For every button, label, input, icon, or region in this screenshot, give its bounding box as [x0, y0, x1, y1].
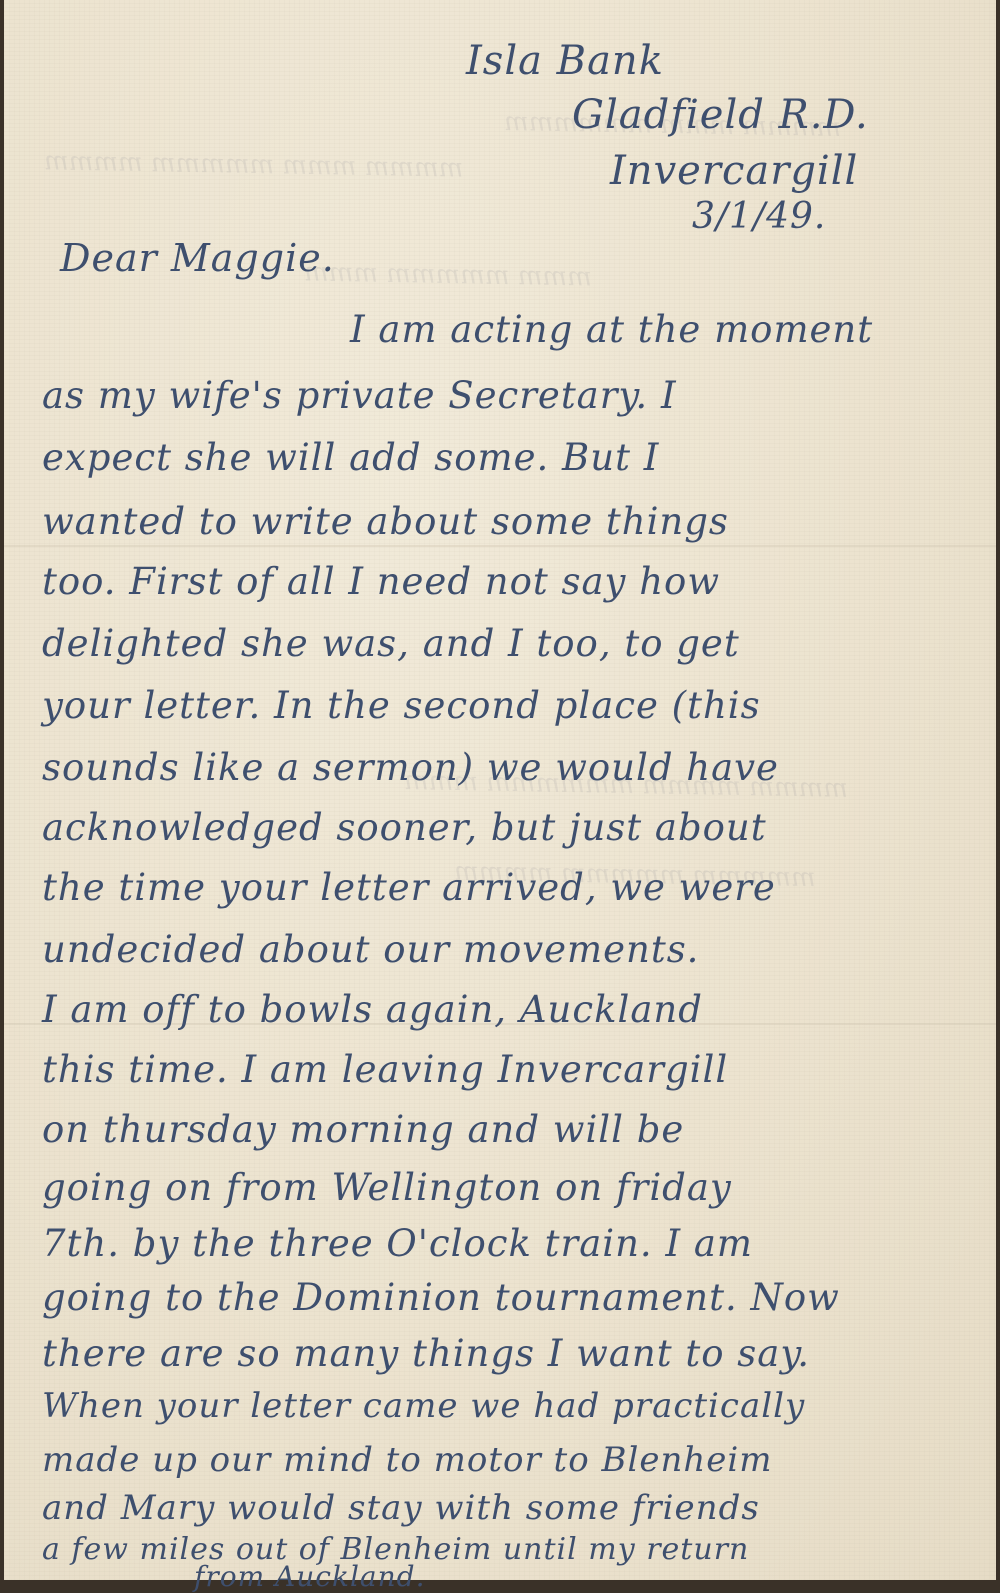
body-line: undecided about our movements. — [42, 928, 699, 971]
body-line: When your letter came we had practically — [42, 1386, 805, 1426]
body-line: from Auckland. — [194, 1560, 425, 1580]
body-line: going to the Dominion tournament. Now — [42, 1276, 840, 1319]
body-line: on thursday morning and will be — [42, 1108, 684, 1151]
body-line: and Mary would stay with some friends — [42, 1488, 760, 1528]
body-line: there are so many things I want to say. — [42, 1332, 810, 1375]
letter-page: mmmm mmm mmmmm mmmm mmm mmmmm mmm mmmm m… — [4, 0, 996, 1580]
body-line: your letter. In the second place (this — [42, 684, 761, 727]
body-line: made up our mind to motor to Blenheim — [42, 1440, 772, 1480]
body-line: going on from Wellington on friday — [42, 1166, 732, 1209]
address-line-3: Invercargill — [610, 148, 858, 194]
letter-date: 3/1/49. — [692, 196, 826, 237]
body-line: expect she will add some. But I — [42, 436, 659, 479]
paper-fold-line — [4, 545, 996, 547]
body-line: sounds like a sermon) we would have — [42, 746, 779, 789]
ink-bleed-through: mmmm mmm mmmmm mmmm — [44, 146, 464, 183]
body-line: I am acting at the moment — [350, 308, 873, 351]
body-line: this time. I am leaving Invercargill — [42, 1048, 728, 1091]
address-line-2: Gladfield R.D. — [572, 92, 869, 138]
body-line: delighted she was, and I too, to get — [42, 622, 740, 665]
salutation: Dear Maggie. — [60, 236, 335, 280]
body-line: the time your letter arrived, we were — [42, 866, 776, 909]
body-line: I am off to bowls again, Auckland — [42, 988, 703, 1031]
ink-bleed-through: mmm mmmmm mmm — [304, 257, 592, 292]
body-line: 7th. by the three O'clock train. I am — [42, 1222, 753, 1265]
body-line: wanted to write about some things — [42, 500, 729, 543]
body-line: as my wife's private Secretary. I — [42, 374, 677, 417]
address-line-1: Isla Bank — [466, 38, 664, 84]
body-line: too. First of all I need not say how — [42, 560, 720, 603]
body-line: acknowledged sooner, but just about — [42, 806, 767, 849]
